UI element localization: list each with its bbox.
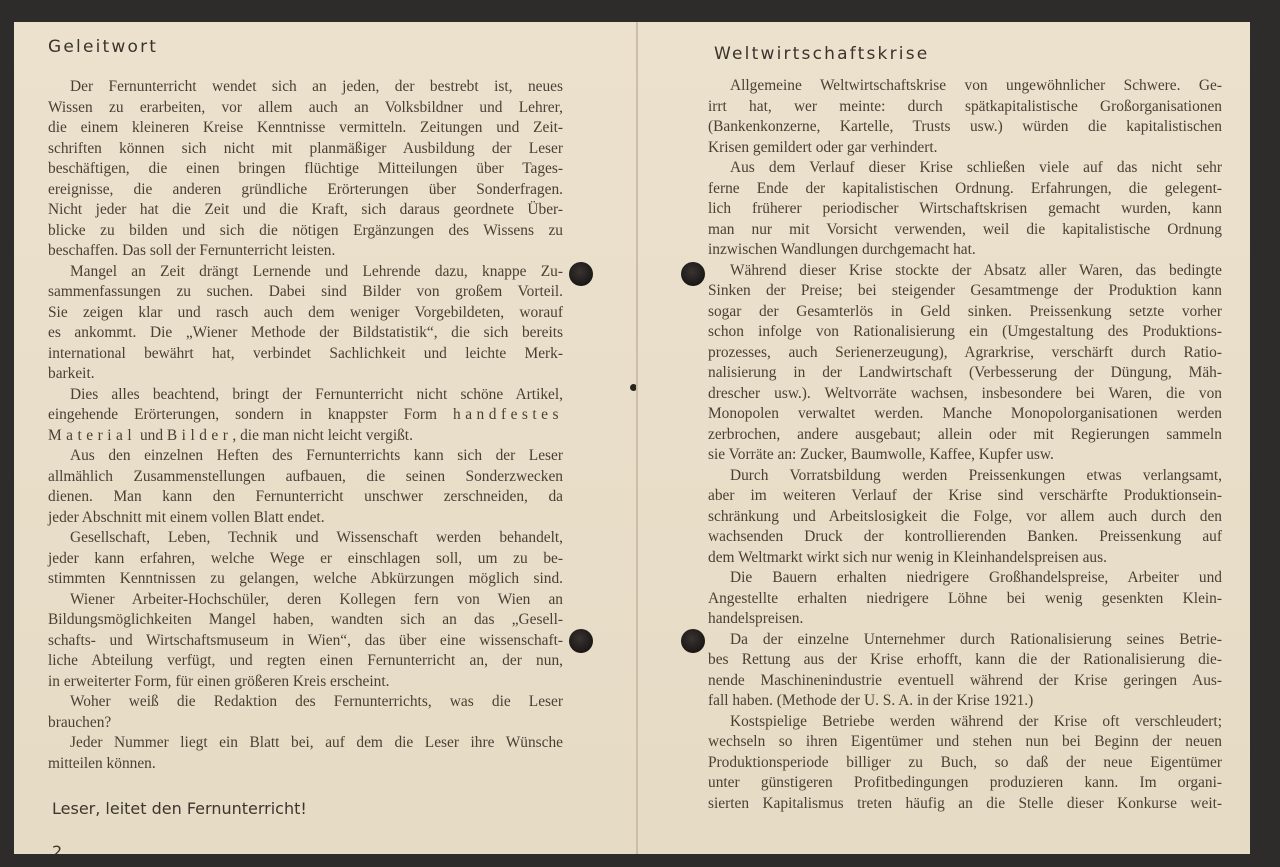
text-line: Während dieser Krise stockte der Absatz … bbox=[708, 261, 1222, 282]
text-line: Material und Bilder, die man nicht leich… bbox=[48, 426, 563, 447]
text-line: Die Bauern erhalten niedrigere Großhande… bbox=[708, 568, 1222, 589]
text-line: nende Maschinenindustrie eventuell währe… bbox=[708, 671, 1222, 692]
punch-hole bbox=[569, 629, 593, 653]
text-line: Angestellte erhalten niedrigere Löhne be… bbox=[708, 589, 1222, 610]
left-page: Geleitwort Der Fernunterricht wendet sic… bbox=[14, 22, 637, 854]
text-line: Aus den einzelnen Heften des Fernunterri… bbox=[48, 446, 563, 467]
text-line: drescher usw.). Weltvorräte wachsen, ins… bbox=[708, 384, 1222, 405]
text-line: stimmten Kenntnissen zu gelangen, welche… bbox=[48, 569, 563, 590]
text-line: handelspreisen. bbox=[708, 609, 1222, 630]
text-line: Allgemeine Weltwirtschaftskrise von unge… bbox=[708, 76, 1222, 97]
punch-hole bbox=[569, 262, 593, 286]
text-line: man nur mit Vorsicht verwenden, weil die… bbox=[708, 220, 1222, 241]
book-spread: Geleitwort Der Fernunterricht wendet sic… bbox=[14, 22, 1250, 854]
motto-text: Leser, leitet den Fernunterricht! bbox=[52, 799, 307, 818]
text-line: Kostspielige Betriebe werden während der… bbox=[708, 712, 1222, 733]
text-line: Da der einzelne Unternehmer durch Ration… bbox=[708, 630, 1222, 651]
left-page-body: Der Fernunterricht wendet sich an jeden,… bbox=[48, 77, 563, 774]
text-line: jeder Abschnitt mit einem vollen Blatt e… bbox=[48, 508, 563, 529]
text-line: Sinken der Preise; bei steigender Gesamt… bbox=[708, 281, 1222, 302]
text-line: schränkung und Arbeitslosigkeit die Folg… bbox=[708, 507, 1222, 528]
right-page-body: Allgemeine Weltwirtschaftskrise von unge… bbox=[708, 76, 1222, 814]
text-line: Dies alles beachtend, bringt der Fernunt… bbox=[48, 385, 563, 406]
text-line: irrt hat, wer meinte: durch spätkapitali… bbox=[708, 97, 1222, 118]
text-line: Gesellschaft, Leben, Technik und Wissens… bbox=[48, 528, 563, 549]
text-line: nalisierung in der Landwirtschaft (Verbe… bbox=[708, 363, 1222, 384]
text-line: Bildungsmöglichkeiten Mangel haben, wand… bbox=[48, 610, 563, 631]
text-line: Wissen zu erarbeiten, vor allem auch an … bbox=[48, 98, 563, 119]
text-line: sogar der Gesamterlös in Geld sinken. Pr… bbox=[708, 302, 1222, 323]
text-line: dienen. Man kann den Fernunterricht unsc… bbox=[48, 487, 563, 508]
text-line: Der Fernunterricht wendet sich an jeden,… bbox=[48, 77, 563, 98]
text-line: allmählich Zusammenstellungen aufbauen, … bbox=[48, 467, 563, 488]
text-line: mitteilen können. bbox=[48, 754, 563, 775]
right-page: Weltwirtschaftskrise Allgemeine Weltwirt… bbox=[638, 22, 1250, 854]
text-line: schriften können sich nicht mit planmäßi… bbox=[48, 139, 563, 160]
text-line: Nicht jeder hat die Zeit und die Kraft, … bbox=[48, 200, 563, 221]
text-line: beschaffen. Das soll der Fernunterricht … bbox=[48, 241, 563, 262]
text-line: unter günstigeren Profitbedingungen prod… bbox=[708, 773, 1222, 794]
text-line: ferne Ende der kapitalistischen Ordnung.… bbox=[708, 179, 1222, 200]
text-line: international bewährt hat, verbindet Sac… bbox=[48, 344, 563, 365]
text-line: die einem kleineren Kreise Kenntnisse ve… bbox=[48, 118, 563, 139]
text-line: prozesses, auch Serienerzeugung), Agrark… bbox=[708, 343, 1222, 364]
text-line: Produktionsperiode billiger zu Buch, so … bbox=[708, 753, 1222, 774]
text-line: lich früherer periodischer Wirtschaftskr… bbox=[708, 199, 1222, 220]
text-line: jeder kann erfahren, welche Wege er eins… bbox=[48, 549, 563, 570]
text-line: Sie zeigen klar und rasch auch dem wenig… bbox=[48, 303, 563, 324]
text-line: Mangel an Zeit drängt Lernende und Lehre… bbox=[48, 262, 563, 283]
punch-hole bbox=[681, 629, 705, 653]
text-line: schafts- und Wirtschaftsmuseum in Wien“,… bbox=[48, 631, 563, 652]
text-line: beschäftigen, die einen bringen flüchtig… bbox=[48, 159, 563, 180]
text-line: bes Rettung aus der Krise erhofft, kann … bbox=[708, 650, 1222, 671]
text-line: Wiener Arbeiter-Hochschüler, deren Kolle… bbox=[48, 590, 563, 611]
text-line: dem Weltmarkt wirkt sich nur wenig in Kl… bbox=[708, 548, 1222, 569]
text-line: schon infolge von Rationalisierung ein (… bbox=[708, 322, 1222, 343]
text-line: sie Vorräte an: Zucker, Baumwolle, Kaffe… bbox=[708, 445, 1222, 466]
text-line: Woher weiß die Redaktion des Fernunterri… bbox=[48, 692, 563, 713]
text-line: Monopolen verwaltet werden. Manche Monop… bbox=[708, 404, 1222, 425]
text-line: wechseln so ihren Eigentümer und stehen … bbox=[708, 732, 1222, 753]
text-line: inzwischen Wandlungen durchgemacht hat. bbox=[708, 240, 1222, 261]
text-line: sammenfassungen zu suchen. Dabei sind Bi… bbox=[48, 282, 563, 303]
punch-hole bbox=[681, 262, 705, 286]
page-number: 2 bbox=[52, 842, 62, 854]
text-line: blicke zu bilden und sich die nötigen Er… bbox=[48, 221, 563, 242]
text-line: es ankommt. Die „Wiener Methode der Bild… bbox=[48, 323, 563, 344]
text-line: Aus dem Verlauf dieser Krise schließen v… bbox=[708, 158, 1222, 179]
text-line: fall haben. (Methode der U. S. A. in der… bbox=[708, 691, 1222, 712]
text-line: ereignisse, die anderen gründliche Erört… bbox=[48, 180, 563, 201]
text-line: zerbrochen, andere ausgebaut; allein ode… bbox=[708, 425, 1222, 446]
text-line: Jeder Nummer liegt ein Blatt bei, auf de… bbox=[48, 733, 563, 754]
text-line: aber im weiteren Verlauf der Krise sind … bbox=[708, 486, 1222, 507]
right-page-heading: Weltwirtschaftskrise bbox=[714, 44, 929, 64]
text-line: brauchen? bbox=[48, 713, 563, 734]
text-line: (Bankenkonzerne, Kartelle, Trusts usw.) … bbox=[708, 117, 1222, 138]
text-line: liche Abteilung verfügt, und regten eine… bbox=[48, 651, 563, 672]
text-line: eingehende Erörterungen, sondern in knap… bbox=[48, 405, 563, 426]
text-line: barkeit. bbox=[48, 364, 563, 385]
text-line: sierten Kapitalismus treten häufig an di… bbox=[708, 794, 1222, 815]
text-line: Durch Vorratsbildung werden Preissenkung… bbox=[708, 466, 1222, 487]
text-line: wachsenden Druck der kontrollierenden Ba… bbox=[708, 527, 1222, 548]
text-line: in erweiterter Form, für einen größeren … bbox=[48, 672, 563, 693]
text-line: Krisen gemildert oder gar verhindert. bbox=[708, 138, 1222, 159]
left-page-heading: Geleitwort bbox=[48, 37, 158, 57]
